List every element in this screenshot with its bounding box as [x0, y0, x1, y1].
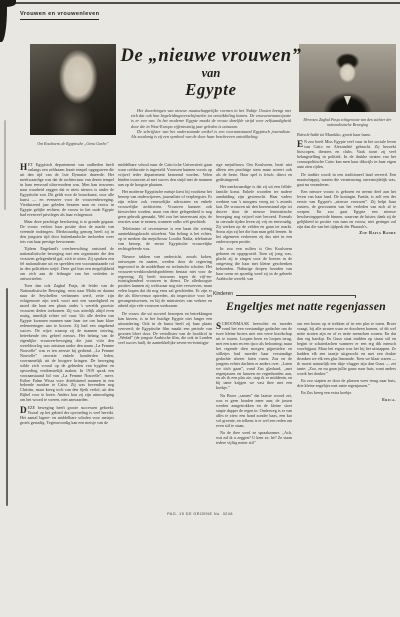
kinderen-column-1: SCHOONMAAK heerschte en moeder vond het …: [216, 322, 292, 508]
article-column-2: middelbare school naar de Caïro'sche Uni…: [118, 163, 212, 508]
scan-artifact-top-line: [0, 2, 400, 4]
article-paragraph: En zoo stapten ze door de plassen weer t…: [297, 379, 396, 389]
article-paragraph: HET Egyptisch departement van oudheden h…: [20, 163, 114, 217]
scan-artifact-left-line: [6, 288, 8, 506]
article-paragraph: De traditie wordt in een traditioneel la…: [297, 173, 396, 188]
article-paragraph: EN zoo heeft Miss Egypte veel vuur in he…: [297, 140, 396, 170]
kinderen-title: Engeltjes met natte regenjassen: [214, 300, 398, 313]
article-column-3: rige mejuffrouw Om Koulsoem, bezit niet …: [216, 163, 292, 288]
paragraph-text: EZE beweging heeft groote successen gebo…: [20, 405, 114, 425]
photo-zaghul-pasja: [299, 44, 396, 112]
drop-cap: H: [20, 163, 28, 171]
article-paragraph: Het merkwaardige is dat zij uit een fell…: [216, 185, 292, 244]
article-paragraph: rige mejuffrouw Om Koulsoem, bezit niet …: [216, 163, 292, 183]
kinderen-kicker: Kinderen: [213, 291, 233, 297]
article-column-1: HET Egyptisch departement van oudheden h…: [20, 163, 114, 508]
headline-line3: Egypte: [118, 81, 304, 99]
article-paragraph: Het moderne Egyptische meisje kiest bij …: [118, 190, 212, 225]
article-paragraph: Britsch-Indië tot Marokko, groeit haar f…: [297, 133, 396, 138]
article-paragraph: Nu Broer „samen” dat laatste woord zei, …: [216, 394, 292, 429]
scan-artifact-left-line-faint: [4, 120, 6, 210]
author-signature: Zoe Rafia Badre: [297, 231, 396, 236]
kinderen-rule: [236, 295, 356, 296]
article-intro: Het doordringen van nieuwe maatschappeli…: [131, 108, 291, 139]
article-paragraph: DEZE beweging heeft groote successen geb…: [20, 406, 114, 426]
kinderen-column-2: om een boom op te trekken of in een plas…: [297, 322, 396, 508]
section-kicker: Vrouwen en vrouwenleven: [20, 11, 99, 20]
headline-line1: De „nieuwe vrouwen”: [118, 46, 304, 66]
intro-paragraph: Het doordringen van nieuwe maatschappeli…: [131, 108, 291, 129]
article-paragraph: Telefoniste of secretaresse is een baan …: [118, 227, 212, 252]
article-paragraph: Na de thee werd ze spraakzamer. „Ach, wa…: [216, 431, 292, 446]
article-paragraph: SCHOONMAAK heerschte en moeder vond het …: [216, 322, 292, 391]
page-footer: PAG. 15 DE GROENE No. 3248: [0, 512, 400, 516]
photo-caption-right: Mevrouw Zaghul Pasja echtgenoote van den…: [297, 118, 398, 127]
article-paragraph: Nieuwe takken van onderricht, zooals kok…: [118, 255, 212, 309]
paragraph-text: N zoo heeft Miss Egypte veel vuur in het…: [297, 139, 396, 169]
article-paragraph: Toen dan ook Zaghul Pasja, de leider van…: [20, 284, 114, 403]
headline-line2: van: [118, 66, 304, 81]
intro-paragraph: De schrijfster van het onderstaande arti…: [131, 129, 291, 139]
paragraph-text: ET Egyptisch departement van oudheden he…: [20, 163, 114, 217]
article-paragraph: De vrouw die uit zooveel beroepen en bet…: [118, 312, 212, 347]
photo-caption-left: Om Koulsoem, de Egyptische „Greta Garbo”: [22, 142, 124, 147]
article-column-4: Britsch-Indië tot Marokko, groeit haar f…: [297, 133, 396, 291]
article-headline: De „nieuwe vrouwen” van Egypte: [118, 46, 304, 99]
paragraph-text: CHOONMAAK heerschte en moeder vond het e…: [216, 322, 292, 390]
article-paragraph: om een boom op te trekken of in een plas…: [297, 322, 396, 376]
newspaper-page: Vrouwen en vrouwenleven Om Koulsoem, de …: [0, 0, 400, 617]
article-paragraph: In zoo een milieu is Om Koulsoem geboren…: [216, 247, 292, 282]
photo-om-koulsoem: [30, 44, 116, 135]
article-paragraph: Een nieuwe vrouw is geboren en neemt dee…: [297, 190, 396, 230]
article-paragraph: En Zus kreeg een extra koekje.: [297, 391, 396, 396]
drop-cap: E: [297, 140, 304, 148]
scan-artifact-left-blob: [0, 0, 7, 42]
article-paragraph: middelbare school naar de Caïro'sche Uni…: [118, 163, 212, 188]
author-signature: Erica.: [297, 398, 396, 403]
article-paragraph: Tijdens Engeland's overheersching ontsto…: [20, 247, 114, 282]
article-paragraph: Maar deze prachtige beschaving is te gro…: [20, 220, 114, 245]
collar-shape: [344, 96, 351, 105]
